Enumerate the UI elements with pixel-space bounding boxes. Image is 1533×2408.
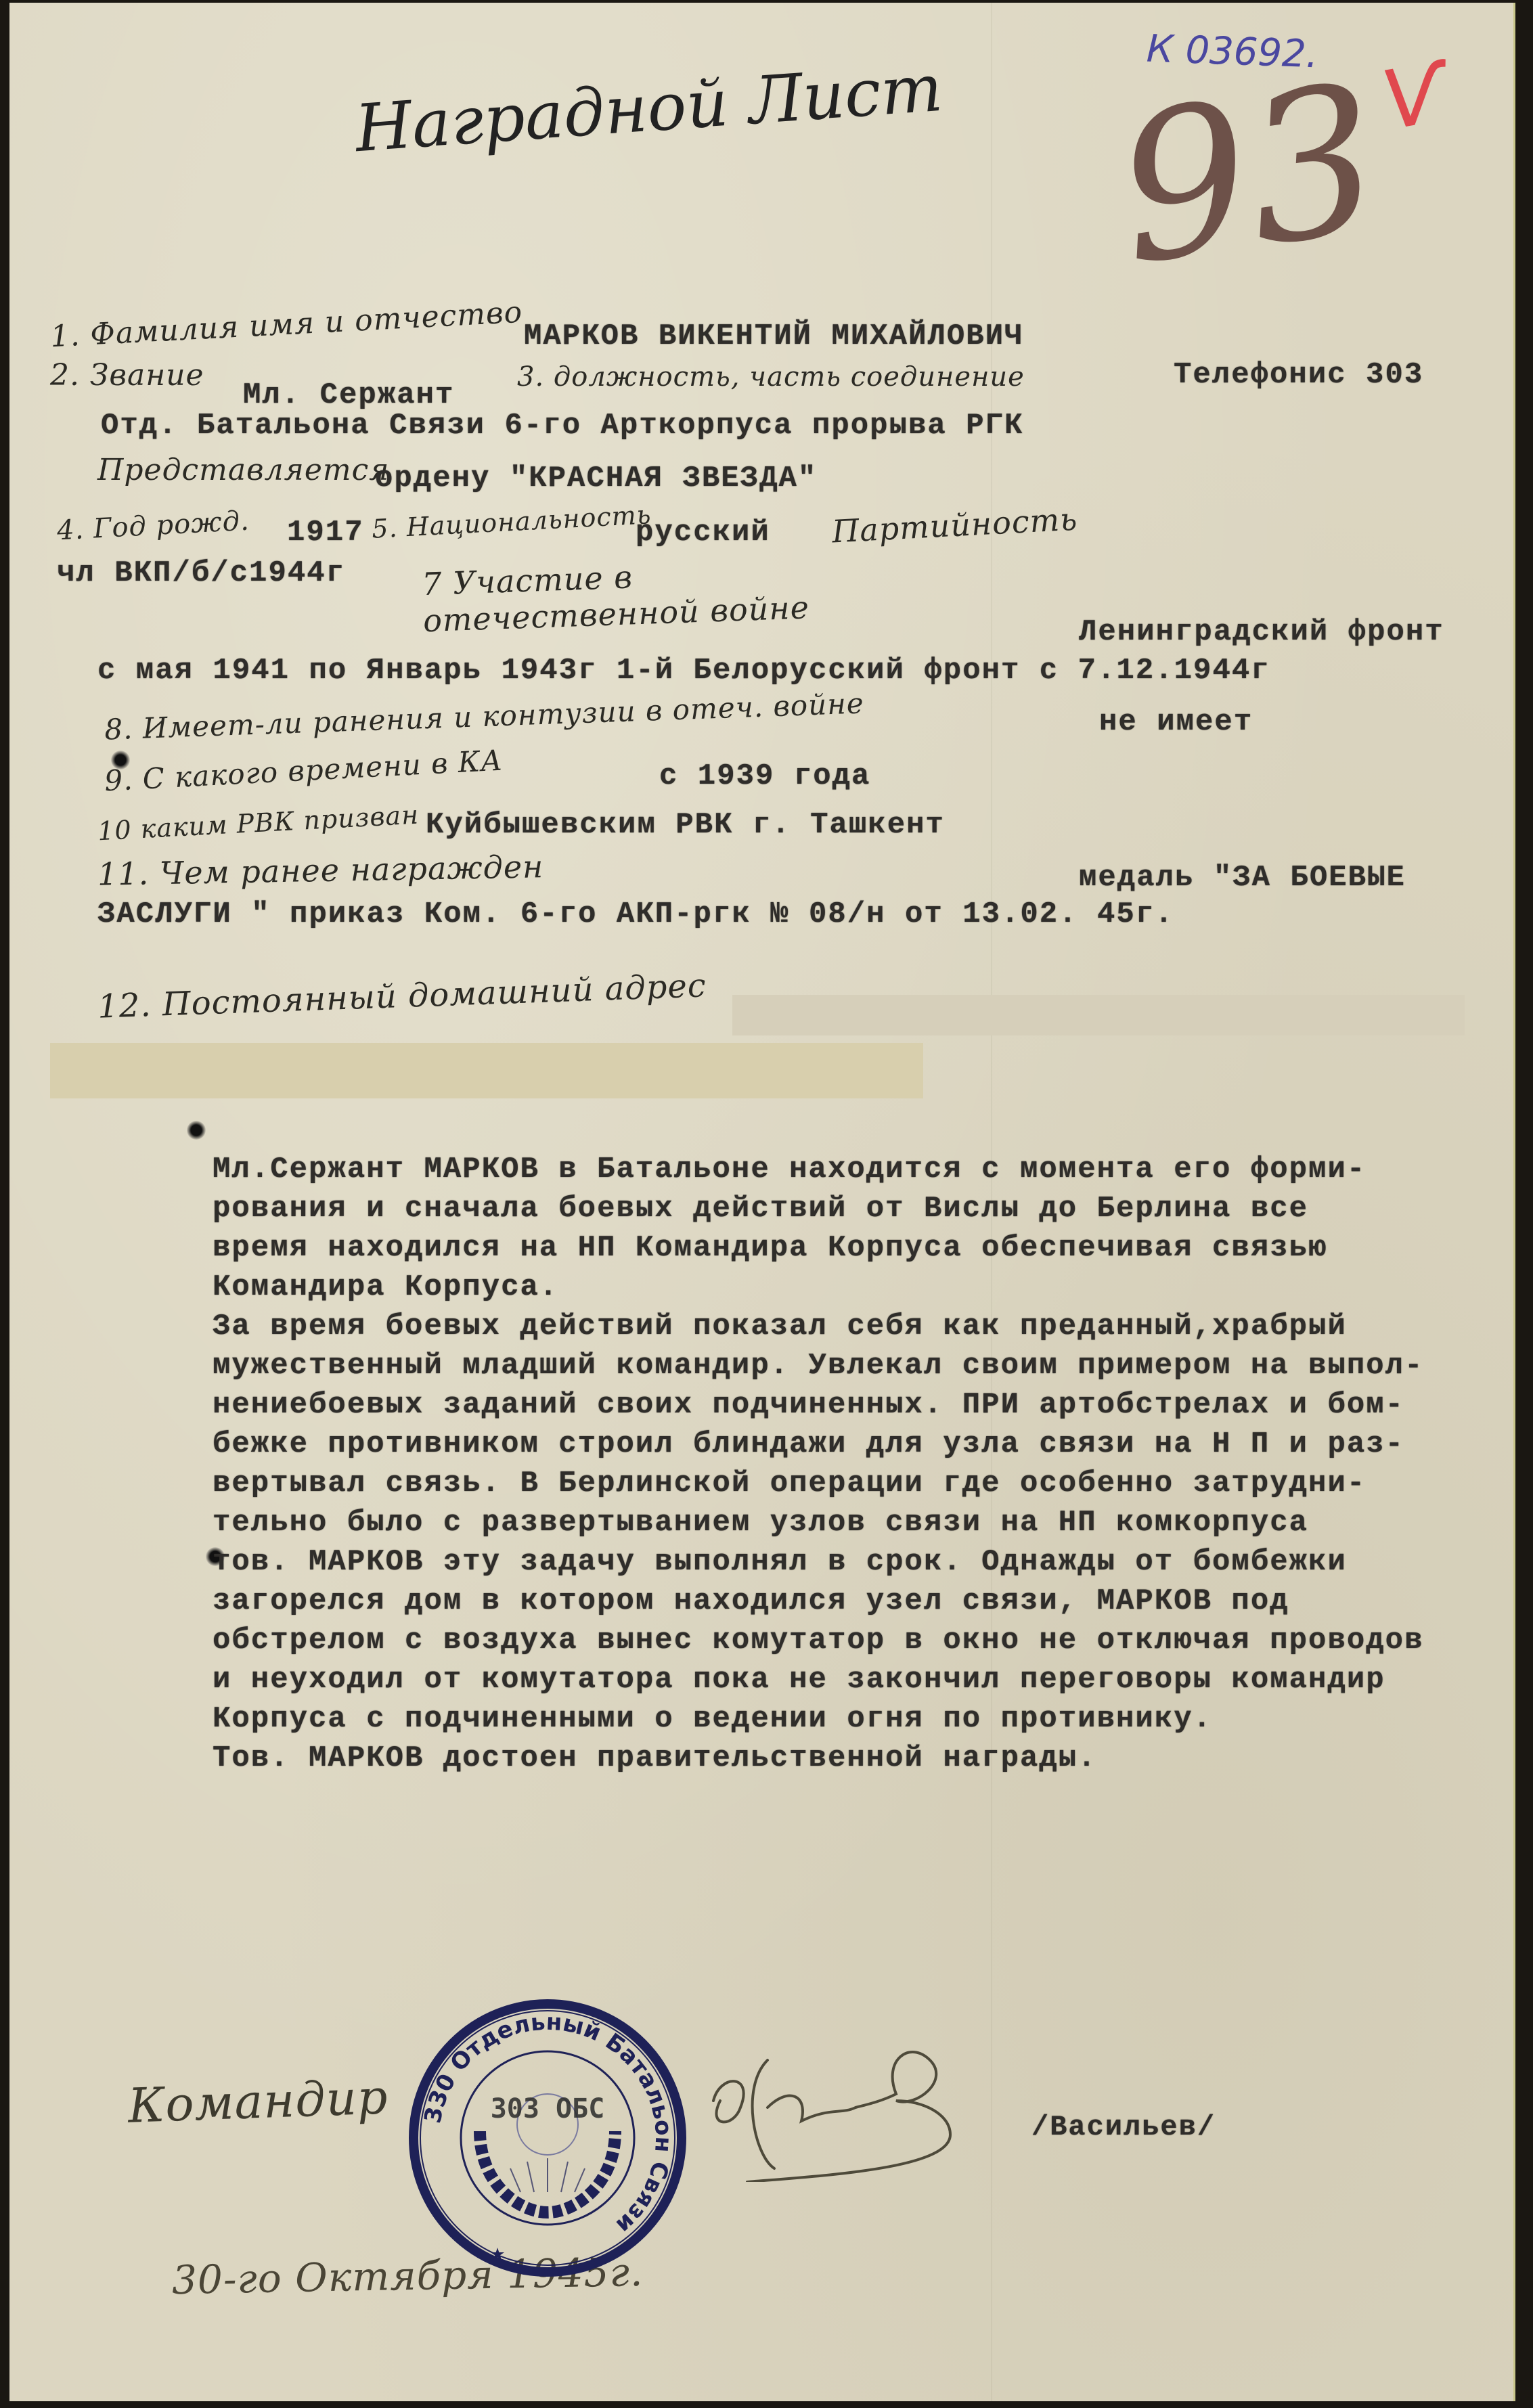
seal-emblem-icon: 330 Отдельный Батальон Связи 303 ОБС [405, 1996, 690, 2280]
narrative-line: Корпуса с подчиненными о ведении огня по… [213, 1699, 1532, 1739]
field-7-front-2: с мая 1941 по Январь 1943г 1-й Белорусск… [97, 654, 1270, 688]
pencil-sheet-number: 93 [1105, 40, 1394, 310]
field-8-label: 8. Имеет-ли ранения и контузии в отеч. в… [104, 686, 864, 746]
field-6-value: чл ВКП/б/с1944г [57, 556, 345, 590]
punch-hole [111, 751, 130, 770]
field-5-value: русский [636, 516, 770, 550]
narrative-line: тов. МАРКОВ эту задачу выполнял в срок. … [213, 1542, 1532, 1582]
field-8-value: не имеет [1099, 705, 1253, 739]
field-1-label: 1. Фамилия имя и отчество [49, 295, 523, 354]
field-4-label: 4. Год рожд. [56, 506, 250, 547]
field-7-front-1: Ленинградский фронт [1079, 615, 1444, 649]
narrative-line: обстрелом с воздуха вынес комутатор в ок… [213, 1621, 1532, 1660]
field-7-label: 7 Участие в отечественной войне [421, 550, 897, 639]
field-4-value: 1917 [287, 516, 364, 550]
signatory-role: Командир [127, 2069, 389, 2133]
svg-text:303 ОБС: 303 ОБС [491, 2093, 605, 2124]
narrative-line: вертывал связь. В Берлинской операции гд… [213, 1464, 1532, 1503]
handwritten-signature [693, 2033, 1113, 2182]
field-11-award-1: медаль "ЗА БОЕВЫЕ [1079, 861, 1406, 895]
field-11-label: 11. Чем ранее награжден [97, 848, 544, 892]
field-11-award-2: ЗАСЛУГИ " приказ Ком. 6-го АКП-ргк № 08/… [97, 897, 1174, 931]
narrative-line: бежке противником строил блиндажи для уз… [213, 1425, 1532, 1464]
narrative-line: тельно было с развертыванием узлов связи… [213, 1503, 1532, 1542]
red-check-mark: Ѵ [1376, 45, 1454, 149]
field-3-unit: Отд. Батальона Связи 6-го Арткорпуса про… [101, 409, 1023, 443]
signatory-name: /Васильев/ [1031, 2111, 1216, 2143]
narrative-line: Тов. МАРКОВ достоен правительственной на… [213, 1739, 1532, 1778]
narrative-line: рования и сначала боевых действий от Вис… [213, 1189, 1532, 1228]
punch-hole [187, 1121, 206, 1140]
redaction-address-2 [50, 1043, 923, 1098]
field-5-label: 5. Национальность [371, 499, 652, 544]
document-title: Наградной Лист [353, 50, 945, 166]
presented-award: ордену "КРАСНАЯ ЗВЕЗДА" [375, 462, 817, 495]
field-3-label: 3. должность, часть соединение [517, 361, 1025, 393]
redaction-address-1 [732, 995, 1465, 1035]
narrative-line: время находился на НП Командира Корпуса … [213, 1228, 1532, 1268]
field-9-label: 9. С какого времени в КА [104, 744, 504, 798]
field-12-label: 12. Постоянный домашний адрес [97, 966, 707, 1025]
award-sheet: Наградной Лист К 03692. 93 Ѵ 1. Фамилия … [9, 3, 1515, 2401]
field-1-value: МАРКОВ ВИКЕНТИЙ МИХАЙЛОВИЧ [524, 319, 1024, 353]
field-10-value: Куйбышевским РВК г. Ташкент [426, 808, 945, 842]
narrative-line: загорелся дом в котором находился узел с… [213, 1582, 1532, 1621]
award-narrative: Мл.Сержант МАРКОВ в Батальоне находится … [213, 1150, 1532, 1778]
field-10-label: 10 каким РВК призван [97, 800, 420, 847]
field-2-value: Мл. Сержант [243, 378, 454, 412]
narrative-line: нениебоевых заданий своих подчиненных. П… [213, 1385, 1532, 1425]
field-3-phone: Телефонис 303 [1174, 358, 1423, 392]
presented-label: Представляется [97, 453, 389, 487]
narrative-line: и неуходил от комутатора пока не закончи… [213, 1660, 1532, 1699]
field-2-label: 2. Звание [50, 358, 204, 393]
field-9-value: с 1939 года [659, 759, 870, 793]
narrative-line: Мл.Сержант МАРКОВ в Батальоне находится … [213, 1150, 1532, 1189]
narrative-line: За время боевых действий показал себя ка… [213, 1307, 1532, 1346]
unit-seal-stamp: 330 Отдельный Батальон Связи 303 ОБС [405, 1996, 690, 2280]
narrative-line: Командира Корпуса. [213, 1268, 1532, 1307]
narrative-line: мужественный младший командир. Увлекал с… [213, 1346, 1532, 1385]
field-6-label: Партийность [831, 501, 1079, 550]
